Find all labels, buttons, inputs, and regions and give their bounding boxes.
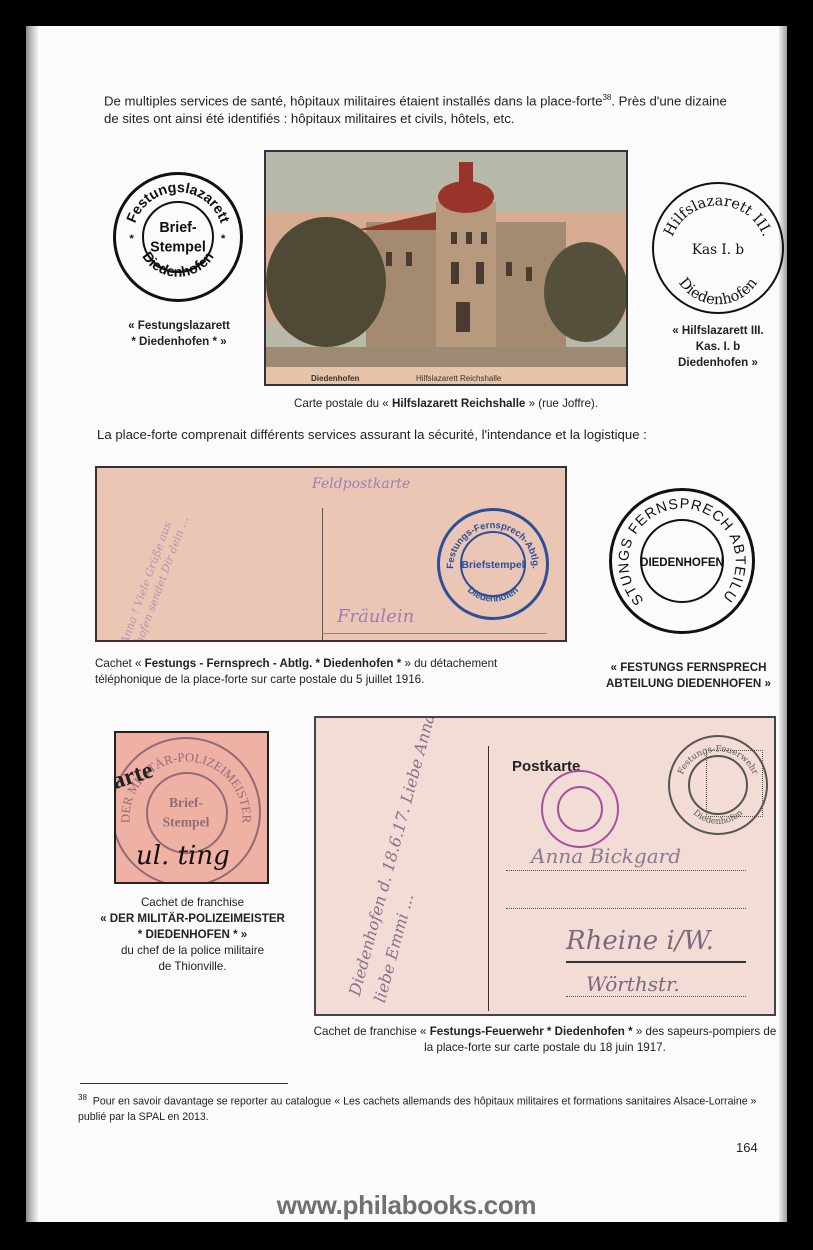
- caption-prefix: Cachet de franchise «: [314, 1025, 430, 1038]
- caption-line: « Hilfslazarett III.: [648, 323, 788, 339]
- stamp-fernsprech-abteilung: FESTUNGS FERNSPRECH ABTEILUNG DIEDENHOFE…: [609, 488, 755, 634]
- caption-fernsprech-abteilung: « FESTUNGS FERNSPRECH ABTEILUNG DIEDENHO…: [596, 660, 781, 692]
- caption-bold: Festungs-Feuerwehr * Diedenhofen *: [430, 1025, 633, 1038]
- caption-bold: Hilfslazarett Reichshalle: [392, 397, 525, 410]
- stamp-center-text: Kas I. b: [692, 242, 744, 258]
- svg-text:*: *: [129, 233, 134, 245]
- postcard-reichshalle-image: Diedenhofen Hilfslazarett Reichshalle: [264, 150, 628, 386]
- caption-bold: Festungs - Fernsprech - Abtlg. * Diedenh…: [145, 657, 402, 670]
- stamp-center-line2: Stempel: [150, 239, 206, 255]
- stamp-ring-bottom-text: Diedenhofen: [675, 275, 760, 308]
- intro-line2: de sites ont ainsi été identifiés : hôpi…: [104, 111, 514, 126]
- stamp-center-line2: Stempel: [163, 815, 210, 830]
- svg-text:Diedenhofen: Diedenhofen: [675, 275, 760, 308]
- caption-line: de Thionville.: [100, 959, 285, 975]
- caption-line: ABTEILUNG DIEDENHOFEN »: [596, 676, 781, 692]
- stamp-ring-top-text: Festungslazarett: [124, 180, 232, 225]
- caption-line: * Diedenhofen * »: [104, 334, 254, 350]
- stamp-purple: [541, 770, 619, 848]
- postcard-print-left: Diedenhofen: [311, 374, 360, 383]
- stamp-placeholder-box: [706, 750, 763, 817]
- postcard-print-right: Hilfslazarett Reichshalle: [416, 374, 502, 383]
- caption-line: « FESTUNGS FERNSPRECH: [596, 660, 781, 676]
- svg-text:FESTUNGS FERNSPRECH ABTEILUNG: FESTUNGS FERNSPRECH ABTEILUNG: [612, 491, 748, 608]
- stamp-ring-bottom-text: Diedenhofen: [465, 585, 521, 605]
- intro-paragraph: De multiples services de santé, hôpitaux…: [104, 89, 794, 128]
- stamp-festungslazarett: Festungslazarett Diedenhofen * * Brief- …: [113, 172, 243, 302]
- page-binding-shadow: [26, 26, 38, 1222]
- section2-paragraph: La place-forte comprenait différents ser…: [97, 426, 787, 444]
- caption-line: « Festungslazarett: [104, 318, 254, 334]
- handwriting-top: Feldpostkarte: [312, 476, 410, 492]
- caption-feuerwehr: Cachet de franchise « Festungs-Feuerwehr…: [310, 1024, 780, 1056]
- svg-text:Diedenhofen: Diedenhofen: [465, 585, 521, 605]
- caption-line: Cachet de franchise: [100, 895, 285, 911]
- caption-line: Diedenhofen »: [648, 355, 788, 371]
- watermark: www.philabooks.com: [0, 1190, 813, 1221]
- caption-polizeimeister: Cachet de franchise « DER MILITÄR-POLIZE…: [100, 895, 285, 975]
- stamp-center-line1: Brief-: [159, 220, 197, 236]
- caption-line: « DER MILITÄR-POLIZEIMEISTER: [100, 911, 285, 927]
- intro-line1-end: . Près d'une dizaine: [611, 93, 726, 108]
- stamp-center-text: Briefstempel: [461, 560, 524, 571]
- stamp-center-line1: Brief-: [169, 795, 203, 810]
- stamp-center-text: DIEDENHOFEN: [640, 557, 724, 569]
- caption-suffix: » (rue Joffre).: [525, 397, 598, 410]
- footnote-number: 38: [78, 1093, 87, 1102]
- caption-festungslazarett: « Festungslazarett * Diedenhofen * »: [104, 318, 254, 350]
- stamp-fernsprech-blue: Festungs-Fernsprech-Abtlg. Diedenhofen B…: [437, 508, 549, 620]
- intro-line1: De multiples services de santé, hôpitaux…: [104, 93, 602, 108]
- stamp-ring-text: FESTUNGS FERNSPRECH ABTEILUNG: [612, 491, 748, 608]
- footnote: 38 Pour en savoir davantage se reporter …: [78, 1090, 783, 1125]
- caption-line: du chef de la police militaire: [100, 943, 285, 959]
- page-number: 164: [736, 1140, 758, 1155]
- stamp-polizeimeister-card: DER MILITÄR-POLIZEIMEISTER Brief- Stempe…: [114, 731, 269, 884]
- caption-prefix: Cachet «: [95, 657, 145, 670]
- svg-text:Festungslazarett: Festungslazarett: [124, 180, 232, 225]
- postcard-feuerwehr: Diedenhofen d. 18.6.17. Liebe Anna, lieb…: [314, 716, 776, 1016]
- stamp-hilfslazarett: Hilfslazarett III. Diedenhofen Kas I. b: [652, 182, 784, 314]
- caption-prefix: Carte postale du «: [294, 397, 392, 410]
- postcard-fernsprech: Liebe Anna ! Viele Grüße aus Diedenhofen…: [95, 466, 567, 642]
- caption-fernsprech: Cachet « Festungs - Fernsprech - Abtlg. …: [95, 656, 565, 688]
- caption-hilfslazarett: « Hilfslazarett III. Kas. I. b Diedenhof…: [648, 323, 788, 371]
- caption-line: Kas. I. b: [648, 339, 788, 355]
- caption-line: * DIEDENHOFEN * »: [100, 927, 285, 943]
- handwriting-addressee: Fräulein: [337, 606, 414, 627]
- caption-reichshalle: Carte postale du « Hilfslazarett Reichsh…: [264, 396, 628, 412]
- footnote-text: Pour en savoir davantage se reporter au …: [78, 1096, 756, 1123]
- footnote-divider: [80, 1083, 288, 1084]
- svg-text:*: *: [221, 233, 226, 245]
- stamp-ring-top-text: Hilfslazarett III.: [661, 193, 774, 239]
- svg-text:Hilfslazarett III.: Hilfslazarett III.: [661, 193, 774, 239]
